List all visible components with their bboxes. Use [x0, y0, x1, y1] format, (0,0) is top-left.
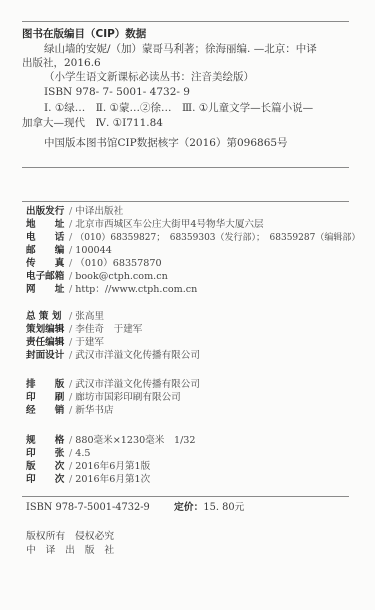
separator: / — [69, 219, 72, 231]
separator: / — [69, 245, 72, 257]
website-link[interactable]: http：//www.ctph.com.cn — [75, 284, 197, 296]
footer-isbn: ISBN 978-7-5001-4732-9 — [26, 501, 150, 514]
row-address: 地 址 / 北京市西城区车公庄大街甲4号物华大厦六层 — [26, 219, 264, 231]
price-value: 15. 80元 — [203, 502, 244, 513]
separator: / — [69, 206, 72, 218]
cip-line-1: 绿山墙的安妮/（加）蒙哥马利著；徐海丽编. —北京：中译 — [44, 43, 317, 56]
label: 印 张 — [26, 448, 66, 460]
row-cover-design: 封面设计 / 武汉市洋溢文化传播有限公司 — [26, 350, 200, 362]
cip-class-1: Ⅰ. ①绿… Ⅱ. ①蒙…②徐… Ⅲ. ①儿童文学—长篇小说— — [44, 102, 313, 115]
label: 传 真 — [26, 258, 66, 270]
label: 版 次 — [26, 461, 66, 473]
separator: / — [69, 311, 72, 323]
rights-notice: 版权所有 侵权必究 — [26, 530, 114, 543]
value: 张高里 — [75, 311, 104, 323]
row-planning-editor: 策划编辑 / 李佳奇 于建军 — [26, 324, 142, 336]
label: 印 刷 — [26, 392, 66, 404]
mid-rule-1 — [22, 167, 349, 168]
label: 责任编辑 — [26, 337, 66, 349]
row-website: 网 址 / http：//www.ctph.com.cn — [26, 284, 197, 296]
value: 2016年6月第1版 — [75, 461, 150, 473]
separator: / — [69, 350, 72, 362]
label: 出版发行 — [26, 206, 66, 218]
cip-line-3: （小学生语文新课标必读丛书：注音美绘版） — [44, 71, 254, 84]
row-format: 规 格 / 880毫米×1230毫米 1/32 — [26, 435, 196, 447]
cip-line-2: 出版社，2016.6 — [22, 57, 101, 70]
separator: / — [69, 232, 72, 244]
price: 定价：15. 80元 — [174, 501, 244, 514]
mid-rule-2 — [22, 201, 349, 202]
separator: / — [69, 284, 72, 296]
value: 武汉市洋溢文化传播有限公司 — [75, 350, 200, 362]
value: 李佳奇 于建军 — [75, 324, 142, 336]
cip-class-2: 加拿大—现代 Ⅳ. ①I711.84 — [22, 117, 163, 130]
label: 网 址 — [26, 284, 66, 296]
row-email: 电子邮箱 / book@ctph.com.cn — [26, 271, 168, 283]
label: 封面设计 — [26, 350, 66, 362]
value: （010）68359827； 68359303（发行部）； 68359287（编… — [75, 232, 360, 244]
label: 电子邮箱 — [26, 271, 66, 283]
value: 新华书店 — [75, 405, 113, 417]
separator: / — [69, 392, 72, 404]
separator: / — [69, 435, 72, 447]
row-printing: 印 刷 / 廊坊市国彩印刷有限公司 — [26, 392, 181, 404]
separator: / — [69, 461, 72, 473]
separator: / — [69, 474, 72, 486]
label: 策划编辑 — [26, 324, 66, 336]
label: 电 话 — [26, 232, 66, 244]
row-postcode: 邮 编 / 100044 — [26, 245, 112, 257]
separator: / — [69, 324, 72, 336]
price-label: 定价： — [174, 502, 203, 513]
label: 邮 编 — [26, 245, 66, 257]
row-edition: 版 次 / 2016年6月第1版 — [26, 461, 150, 473]
value: 武汉市洋溢文化传播有限公司 — [75, 379, 200, 391]
value: 4.5 — [75, 448, 90, 460]
separator: / — [69, 258, 72, 270]
value: 100044 — [75, 245, 112, 257]
row-publisher: 出版发行 / 中译出版社 — [26, 206, 123, 218]
cip-isbn: ISBN 978- 7- 5001- 4732- 9 — [44, 86, 190, 99]
row-sheets: 印 张 / 4.5 — [26, 448, 91, 460]
separator: / — [69, 405, 72, 417]
email-link[interactable]: book@ctph.com.cn — [75, 271, 168, 283]
separator: / — [69, 337, 72, 349]
top-rule — [22, 21, 349, 22]
row-phone: 电 话 / （010）68359827； 68359303（发行部）； 6835… — [26, 232, 360, 244]
label: 地 址 — [26, 219, 66, 231]
row-fax: 传 真 / （010）68357870 — [26, 258, 162, 270]
separator: / — [69, 271, 72, 283]
label: 排 版 — [26, 379, 66, 391]
value: （010）68357870 — [75, 258, 161, 270]
publisher-name: 中 译 出 版 社 — [26, 544, 114, 557]
separator: / — [69, 379, 72, 391]
bottom-rule — [22, 496, 349, 497]
value: 中译出版社 — [75, 206, 123, 218]
value: 于建军 — [75, 337, 104, 349]
row-chief-planner: 总 策 划 / 张高里 — [26, 311, 104, 323]
value: 廊坊市国彩印刷有限公司 — [75, 392, 181, 404]
label: 规 格 — [26, 435, 66, 447]
label: 经 销 — [26, 405, 66, 417]
label: 总 策 划 — [26, 311, 66, 323]
value: 2016年6月第1次 — [75, 474, 150, 486]
value: 北京市西城区车公庄大街甲4号物华大厦六层 — [75, 219, 263, 231]
label: 印 次 — [26, 474, 66, 486]
value: 880毫米×1230毫米 1/32 — [75, 435, 195, 447]
cip-number: 中国版本图书馆CIP数据核字（2016）第096865号 — [44, 137, 288, 150]
separator: / — [69, 448, 72, 460]
row-impression: 印 次 / 2016年6月第1次 — [26, 474, 150, 486]
row-typesetting: 排 版 / 武汉市洋溢文化传播有限公司 — [26, 379, 200, 391]
cip-header: 图书在版编目（CIP）数据 — [22, 28, 146, 41]
row-responsible-editor: 责任编辑 / 于建军 — [26, 337, 104, 349]
row-distribution: 经 销 / 新华书店 — [26, 405, 114, 417]
